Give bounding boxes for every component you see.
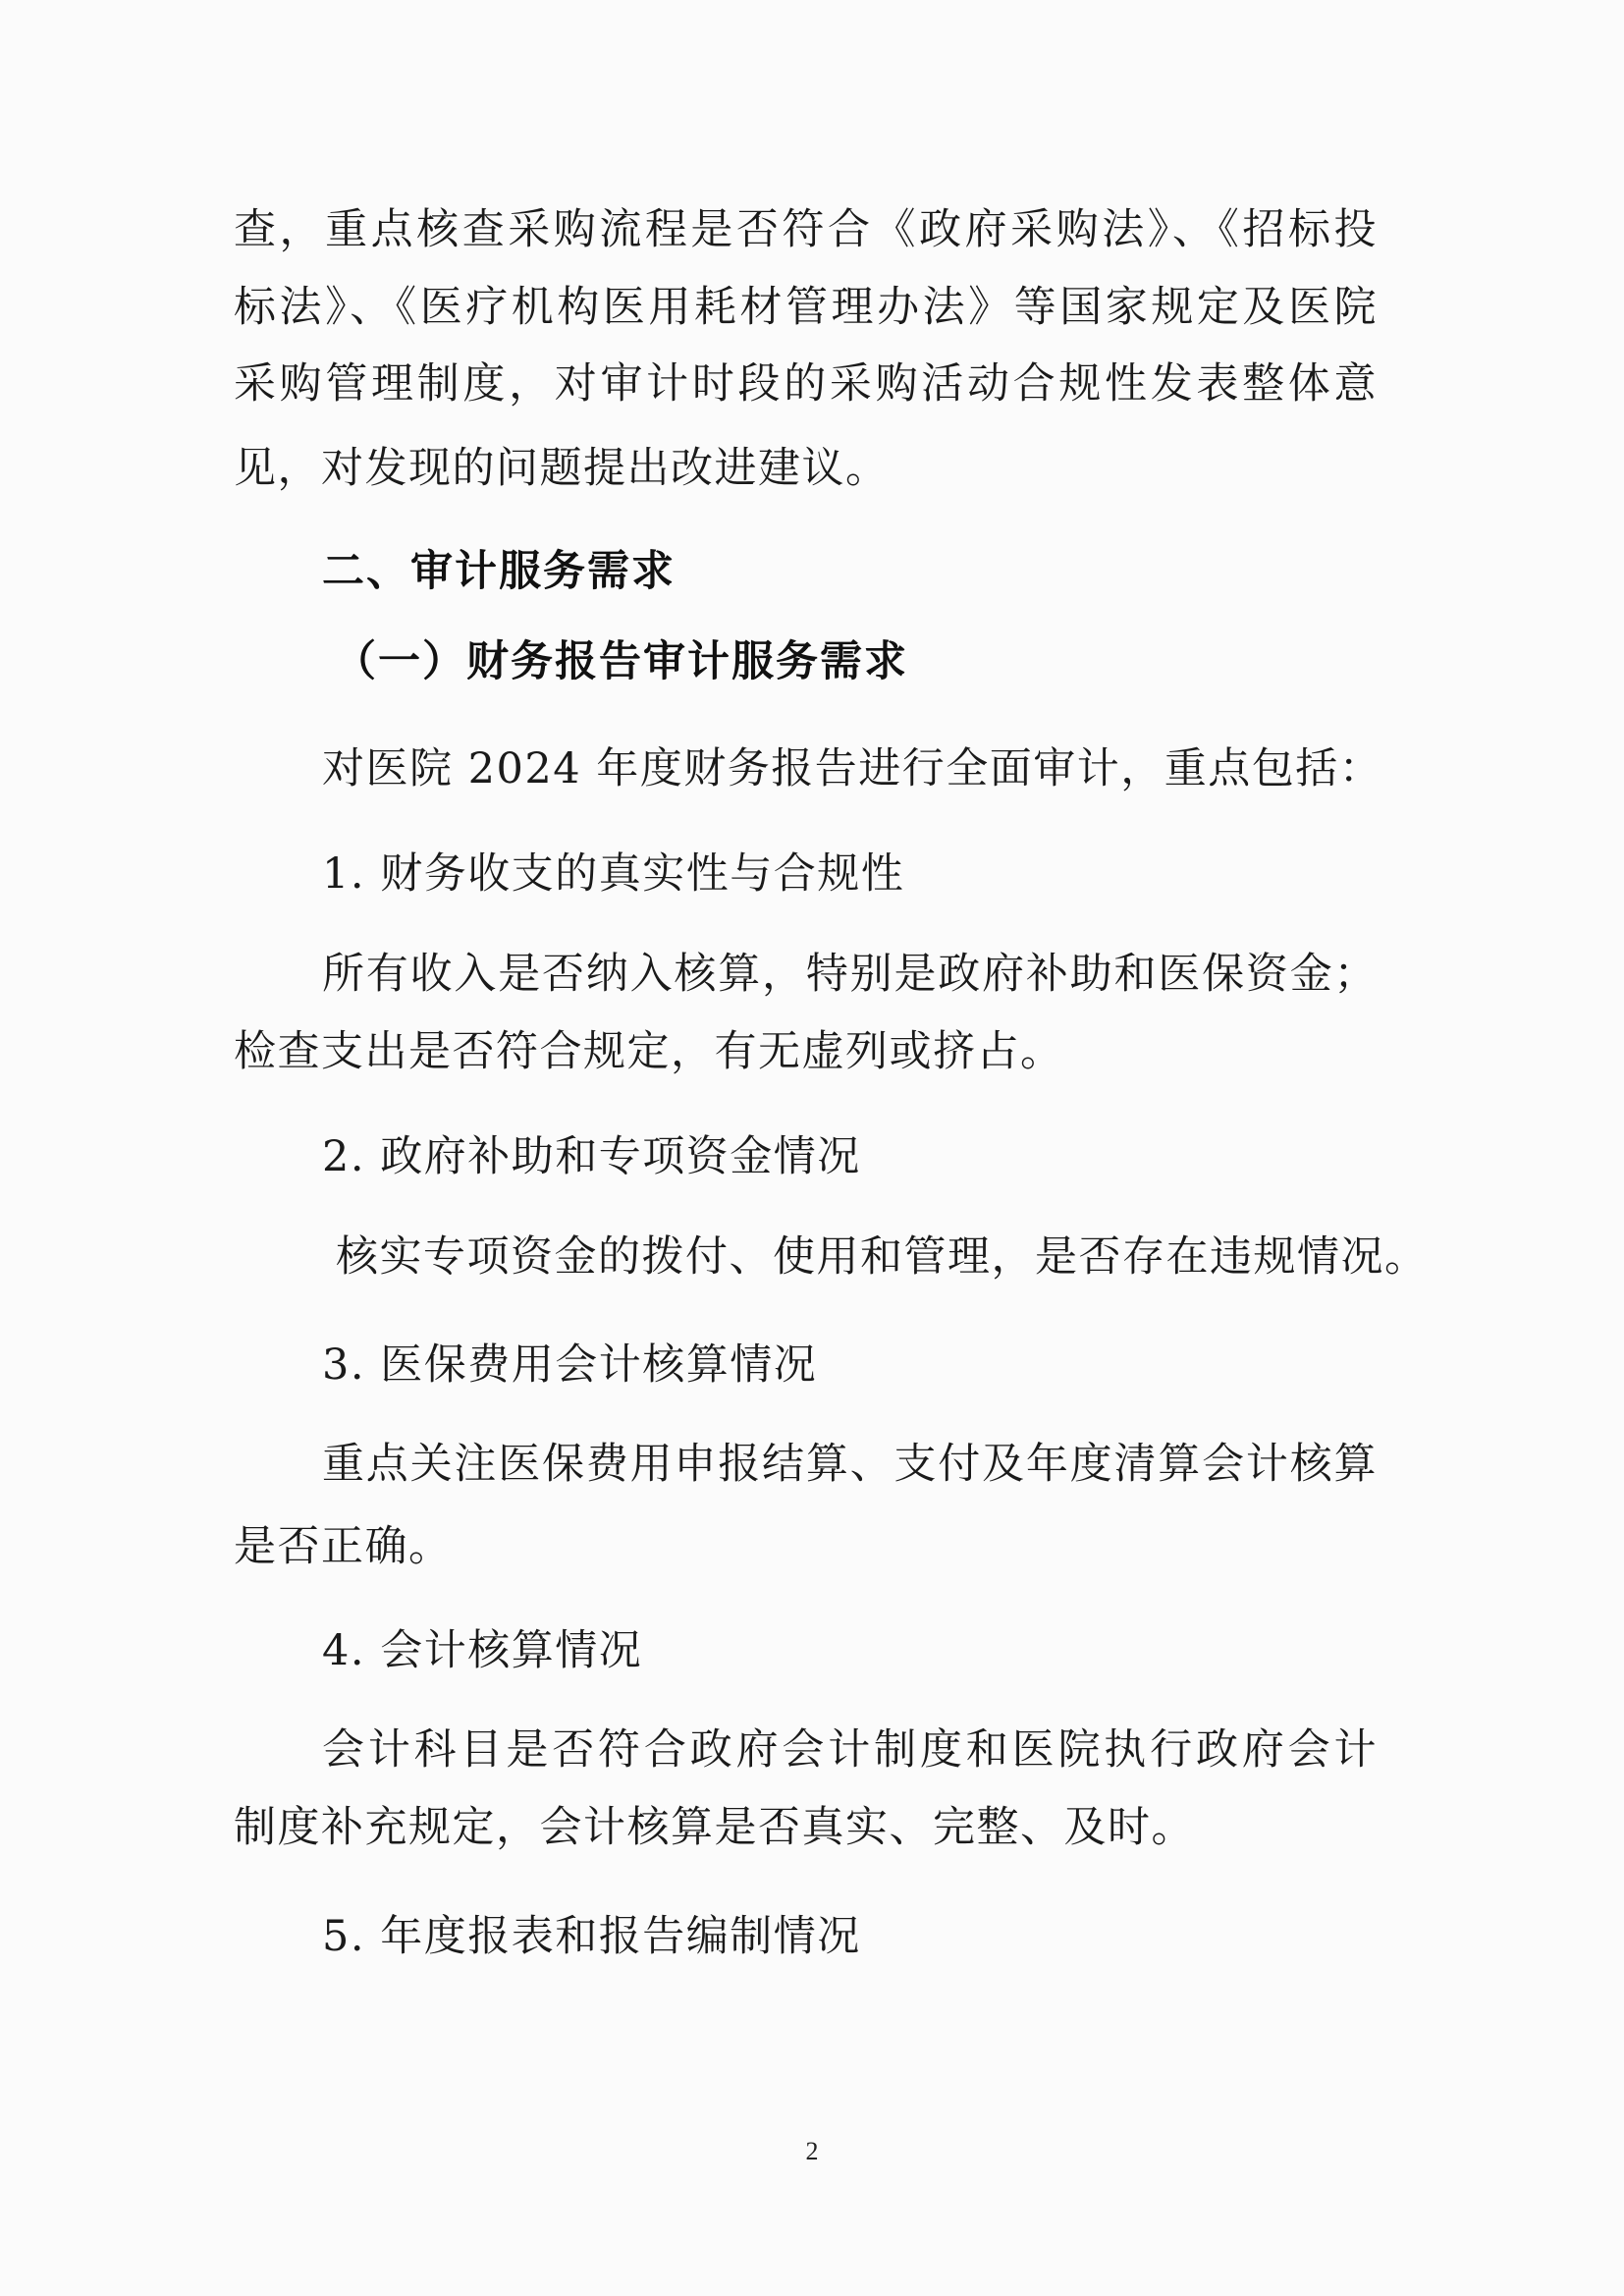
item-title: 1. 财务收支的真实性与合规性: [322, 847, 1378, 902]
paragraph-line: 查，重点核查采购流程是否符合《政府采购法》、《招标投: [234, 202, 1378, 257]
paragraph-line: 标法》、《医疗机构医用耗材管理办法》等国家规定及医院: [234, 280, 1378, 335]
intro-text: 对医院 2024 年度财务报告进行全面审计，重点包括：: [322, 741, 1378, 796]
item-body-line: 核实专项资金的拨付、使用和管理，是否存在违规情况。: [336, 1230, 1378, 1285]
paragraph-line: 采购管理制度，对审计时段的采购活动合规性发表整体意: [234, 356, 1378, 411]
item-body-line: 检查支出是否符合规定，有无虚列或挤占。: [234, 1024, 1378, 1079]
item-title: 2. 政府补助和专项资金情况: [322, 1129, 1378, 1184]
item-body-line: 所有收入是否纳入核算，特别是政府补助和医保资金；: [322, 947, 1378, 1002]
subsection-heading: （一）财务报告审计服务需求: [334, 634, 1375, 689]
item-title: 3. 医保费用会计核算情况: [322, 1338, 1378, 1393]
item-body-line: 会计科目是否符合政府会计制度和医院执行政府会计: [322, 1722, 1378, 1777]
item-title: 4. 会计核算情况: [322, 1623, 1378, 1678]
item-body-line: 重点关注医保费用申报结算、支付及年度清算会计核算: [322, 1437, 1378, 1492]
section-heading: 二、审计服务需求: [322, 544, 1378, 599]
item-body-line: 制度补充规定，会计核算是否真实、完整、及时。: [234, 1800, 1378, 1855]
item-title: 5. 年度报表和报告编制情况: [322, 1909, 1378, 1964]
item-body-line: 是否正确。: [234, 1519, 1378, 1574]
document-page: 查，重点核查采购流程是否符合《政府采购法》、《招标投 标法》、《医疗机构医用耗材…: [0, 0, 1624, 2296]
page-number: 2: [0, 2137, 1624, 2166]
paragraph-line: 见，对发现的问题提出改进建议。: [234, 441, 1378, 496]
